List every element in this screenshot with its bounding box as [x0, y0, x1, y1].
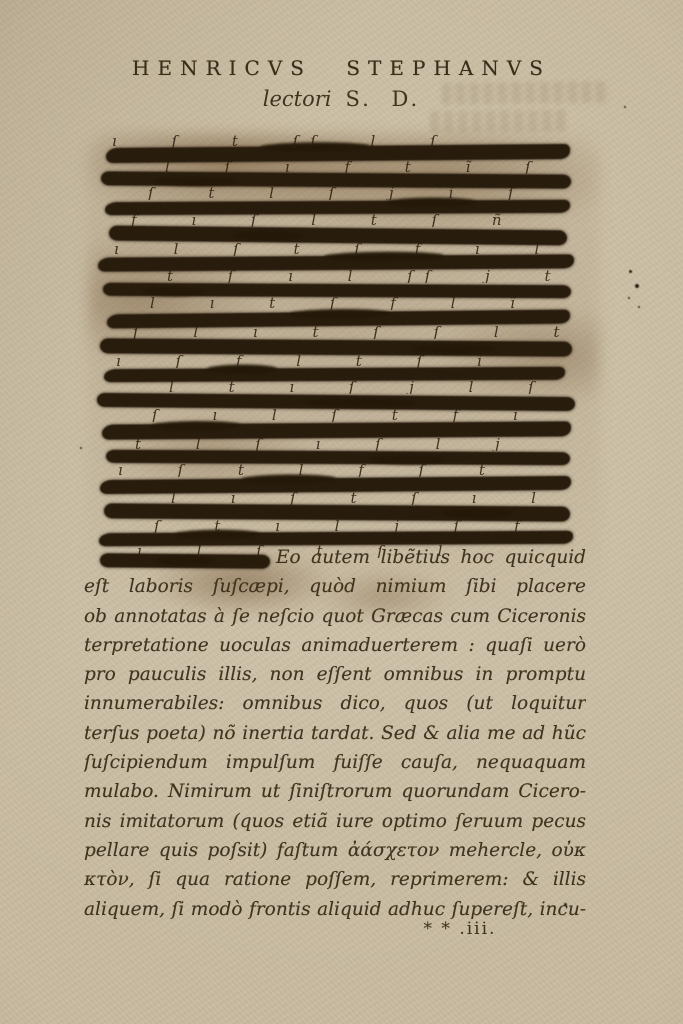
- text-line: pellare quis poſsit) faſtum ἀάσχετον meh…: [84, 836, 586, 865]
- subtitle-lectori: lectori: [263, 87, 332, 111]
- text-line: nis imitatorum (quos etiã iure optimo ſe…: [84, 807, 586, 836]
- text-fragment: ı ſ t l f ſ t: [118, 461, 560, 477]
- text-fragment: ſ t ı l j ſ f: [154, 517, 560, 533]
- ink-speck: [80, 447, 82, 449]
- ink-speck: [564, 903, 567, 906]
- page-title: HENRICVS STEPHANVS: [0, 56, 683, 80]
- text-fragment: ſ l ı t ſ ſ l t: [133, 323, 560, 339]
- text-line: terſus poeta) nõ inertia tardat. Sed & a…: [84, 719, 586, 748]
- text-fragment: f ı ſ l t ſ ñ: [131, 211, 560, 227]
- text-line: eſt laboris ſuſcæpi, quòd nimium ſibi pl…: [84, 572, 586, 601]
- show-through-line: [430, 109, 568, 133]
- text-line: terpretatione uoculas animaduerterem : q…: [84, 631, 586, 660]
- preface-text: Eo autem libẽtius hoc quicquideſt labori…: [84, 543, 586, 924]
- ink-speck: [635, 284, 639, 288]
- text-fragment: l t ı ſ j l ſ t: [169, 378, 560, 394]
- text-fragment: ſ ı l ſ t f ĩ l: [152, 406, 560, 422]
- text-line: mulabo. Nimirum ut ſiniſtrorum quorundam…: [84, 777, 586, 806]
- ink-speck: [628, 297, 630, 299]
- ink-speck: [629, 270, 632, 273]
- ink-speck: [624, 106, 626, 108]
- text-line: innumerabiles: omnibus dico, quos (ut lo…: [84, 689, 586, 718]
- text-fragment: ſ t l ſ j í ſ t: [148, 184, 560, 200]
- text-line: ſuſcipiendum impulſum fuiſſe cauſa, nequ…: [84, 748, 586, 777]
- text-fragment: l ı ſ t ſ ı l: [171, 489, 560, 505]
- text-fragment: l ı t ſ f l ĩ: [150, 294, 560, 310]
- text-fragment: ı ſ t ſſ l ſ: [112, 132, 560, 148]
- show-through-line: [442, 81, 610, 105]
- text-fragment: ı ſ f l t ſ í: [116, 352, 560, 368]
- text-fragment: t l ſ ı ſ l j: [135, 435, 560, 451]
- book-page: HENRICVS STEPHANVS lectoriS. D. ı ſ t ſſ…: [0, 0, 683, 1024]
- show-through-text: [442, 81, 611, 139]
- subtitle-initials: S. D.: [345, 87, 420, 111]
- text-fragment: ı l ſ t ſ f ı l: [114, 240, 560, 256]
- ink-speck: [638, 306, 640, 308]
- text-line: pro pauculis illis, non eſſent omnibus i…: [84, 660, 586, 689]
- signature-mark: * * .iii.: [395, 919, 525, 939]
- text-fragment: t ſ ı l ſſ j t: [167, 267, 560, 283]
- text-line: κτὸν, ſi qua ratione poſſem, reprimerem:…: [84, 865, 586, 894]
- text-fragment: l ſ ı f t ĩ ſ l: [165, 158, 560, 174]
- text-line: ob annotatas à ſe neſcio quot Græcas cum…: [84, 602, 586, 631]
- text-line: Eo autem libẽtius hoc quicquid: [84, 543, 586, 572]
